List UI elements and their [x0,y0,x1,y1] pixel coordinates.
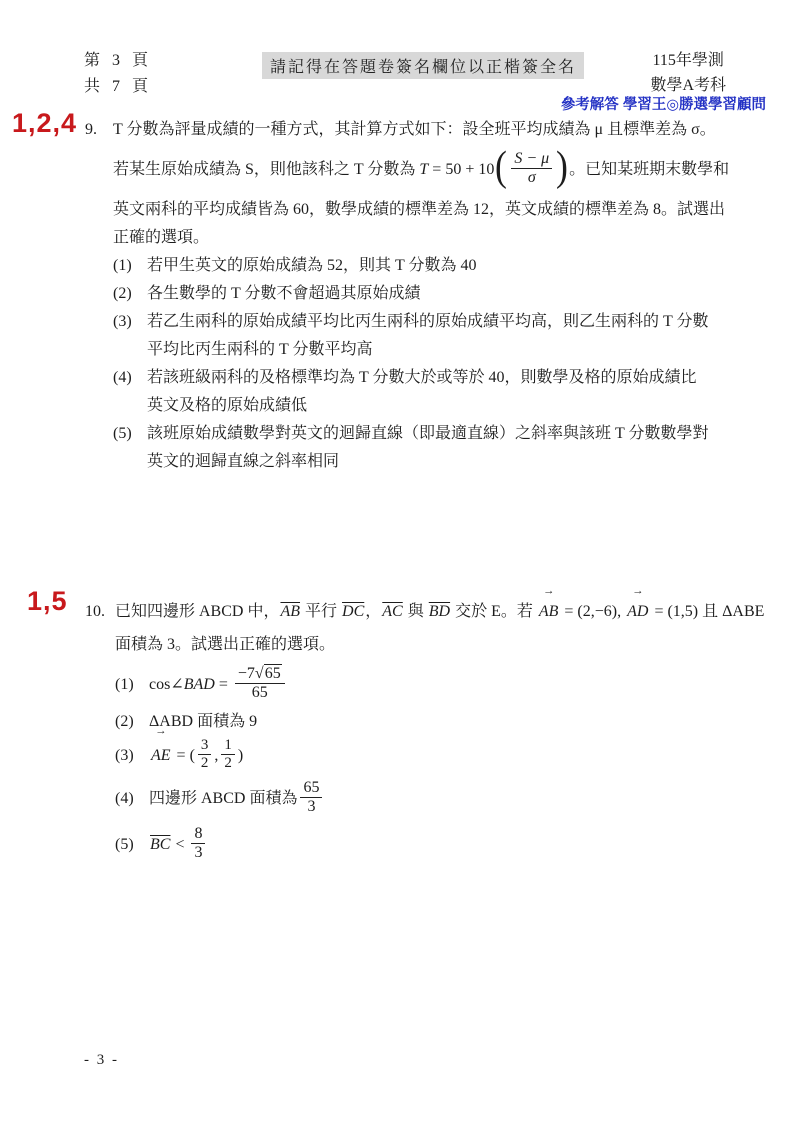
fraction-numerator: 1 [221,737,235,755]
exam-page: 第 3 頁 共 7 頁 請記得在答題卷簽名欄位以正楷簽全名 115年學測 數學A… [0,0,800,1131]
q9-stem-text2-post: 。已知某班期末數學和 [569,161,729,178]
page-number-line: 第 3 頁 [84,48,152,74]
option-number: (1) [115,662,149,708]
radicand: 65 [264,664,282,682]
stem-text: 交於 E。若 [451,603,537,620]
less-than-sign: < [171,836,188,853]
cos-prefix: cos∠ [149,676,184,693]
q9-option-1: (1)若甲生英文的原始成績為 52，則其 T 分數為 40 [113,252,775,280]
option-number: (5) [115,822,149,868]
numerator-coefficient: −7 [238,665,255,682]
q9-stem-text1: T 分數為評量成績的一種方式，其計算方式如下：設全班平均成績為 μ 且標準差為 … [113,121,716,138]
fraction-65-thirds: 653 [300,779,322,816]
q9-stem-line3: 英文兩科的平均成績皆為 60，數學成績的標準差為 12，英文成績的標準差為 8。… [113,196,775,224]
answer-key-q10: 1,5 [27,586,68,617]
q9-option-3: (3)若乙生兩科的原始成績平均比丙生兩科的原始成績平均高，則乙生兩科的 T 分數… [113,308,775,364]
option-number: (2) [115,708,149,736]
t-score-lhs: T [419,161,428,178]
vector-AD: AD [625,596,650,628]
angle-BAD: BAD [184,676,215,693]
segment-BD: BD [428,603,451,620]
stem-text: 已知四邊形 ABCD 中， [115,603,279,620]
option-text-line1: 若乙生兩科的原始成績平均比丙生兩科的原始成績平均高，則乙生兩科的 T 分數 [147,308,709,336]
option-text: 若甲生英文的原始成績為 52，則其 T 分數為 40 [147,257,477,274]
option-number: (5) [113,420,147,448]
q9-stem-line2: 若某生原始成績為 S，則他該科之 T 分數為 T = 50 + 10(S − μ… [113,144,775,196]
stem-text: = (2,−6), [560,603,625,620]
q10-option-4: (4)四邊形 ABCD 面積為653 [115,776,790,822]
option-text-line1: 該班原始成績數學對英文的迴歸直線（即最適直線）之斜率與該班 T 分數數學對 [147,420,709,448]
question-9: 9.T 分數為評量成績的一種方式，其計算方式如下：設全班平均成績為 μ 且標準差… [85,116,775,476]
stem-text: 與 [404,603,428,620]
option-text-line2: 英文的迴歸直線之斜率相同 [147,448,709,476]
q9-option-2: (2)各生數學的 T 分數不會超過其原始成績 [113,280,775,308]
fraction-denominator: 2 [198,755,212,772]
comma-separator: , [214,747,218,764]
fraction-numerator: 3 [198,737,212,755]
stem-text: 平行 [301,603,341,620]
fraction-numerator: −7√65 [235,665,285,684]
stem-text: = (1,5) 且 ΔABE [650,603,764,620]
page-total-line: 共 7 頁 [84,74,152,100]
equals-open-paren: = ( [173,747,195,764]
page-count-block: 第 3 頁 共 7 頁 [84,48,152,100]
t-score-fraction: S − μσ [511,150,552,187]
fraction-denominator: σ [511,169,552,187]
fraction-eight-thirds: 83 [191,825,205,862]
q9-option-4: (4)若該班級兩科的及格標準均為 T 分數大於或等於 40，則數學及格的原始成績… [113,364,775,420]
option-number: (4) [113,364,147,392]
q9-stem-line4: 正確的選項。 [113,224,775,252]
option-number: (4) [115,776,149,822]
close-paren: ) [238,747,243,764]
option-number: (3) [115,736,149,776]
q10-stem-line1: 10.已知四邊形 ABCD 中，AB 平行 DC，AC 與 BD 交於 E。若 … [85,592,790,628]
footer-page-number: - 3 - [84,1052,119,1069]
question-10: 10.已知四邊形 ABCD 中，AB 平行 DC，AC 與 BD 交於 E。若 … [85,592,790,868]
cos-fraction: −7√6565 [235,665,285,702]
fraction-three-halves: 32 [198,737,212,772]
answer-key-q9: 1,2,4 [12,108,77,139]
option-text-line2: 英文及格的原始成績低 [147,392,697,420]
option-text-line2: 平均比丙生兩科的 T 分數平均高 [147,336,709,364]
q10-option-3: (3)AE = (32,12) [115,736,790,776]
t-score-eq: = 50 + 10 [428,161,494,178]
fraction-numerator: S − μ [511,150,552,169]
vector-AB: AB [537,596,561,628]
fraction-denominator: 3 [300,798,322,816]
q10-option-1: (1)cos∠BAD = −7√6565 [115,662,790,708]
q9-stem-text2-pre: 若某生原始成績為 S，則他該科之 T 分數為 [113,161,419,178]
fraction-denominator: 3 [191,844,205,862]
option-text-line1: 若該班級兩科的及格標準均為 T 分數大於或等於 40，則數學及格的原始成績比 [147,364,697,392]
segment-DC: DC [341,603,365,620]
q9-stem-line1: 9.T 分數為評量成績的一種方式，其計算方式如下：設全班平均成績為 μ 且標準差… [85,116,775,144]
q10-option-5: (5)BC < 83 [115,822,790,868]
fraction-numerator: 8 [191,825,205,844]
option-number: (2) [113,280,147,308]
radical-icon: √ [255,665,264,682]
q10-option-2: (2)ΔABD 面積為 9 [115,708,790,736]
q9-number: 9. [85,116,113,144]
option-number: (3) [113,308,147,336]
vector-AE: AE [149,736,173,776]
q9-option-5: (5)該班原始成績數學對英文的迴歸直線（即最適直線）之斜率與該班 T 分數數學對… [113,420,775,476]
q10-number: 10. [85,596,115,628]
option-text: 四邊形 ABCD 面積為 [149,790,297,807]
q10-stem-line2: 面積為 3。試選出正確的選項。 [115,628,790,662]
segment-BC: BC [149,836,171,853]
exam-info-block: 115年學測 數學A考科 [650,48,726,98]
option-number: (1) [113,252,147,280]
option-text: 各生數學的 T 分數不會超過其原始成績 [147,285,421,302]
solution-credit: 參考解答 學習王◎勝選學習顧問 [561,93,766,114]
signature-notice: 請記得在答題卷簽名欄位以正楷簽全名 [262,52,584,79]
segment-AB: AB [279,603,301,620]
stem-text: ， [365,603,381,620]
fraction-denominator: 65 [235,684,285,702]
exam-year: 115年學測 [650,48,726,73]
fraction-numerator: 65 [300,779,322,798]
fraction-one-half: 12 [221,737,235,772]
segment-AC: AC [381,603,403,620]
fraction-denominator: 2 [221,755,235,772]
equals-sign: = [215,676,232,693]
